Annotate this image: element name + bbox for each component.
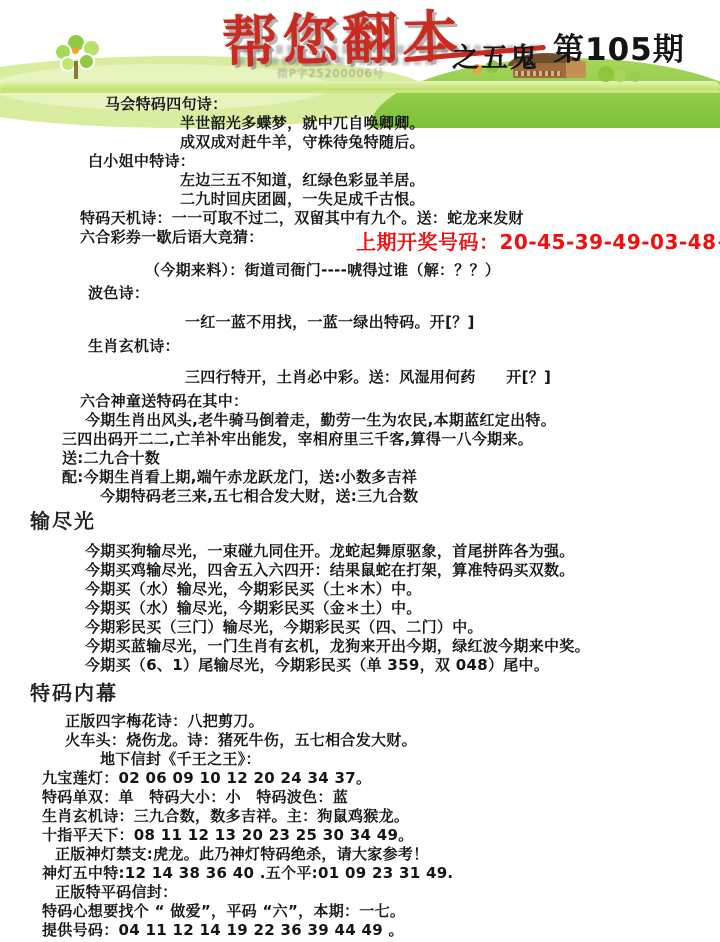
grass-edge-line bbox=[0, 90, 720, 93]
text-line: 今期特码老三来,五七相合发大财，送:三九合数 bbox=[0, 487, 720, 506]
bush-icon bbox=[614, 70, 626, 82]
title-suffix: 之五鬼 bbox=[452, 36, 539, 75]
text-line: 今期彩民买（三门）输尽光，今期彩民买（四、二门）中。 bbox=[0, 618, 720, 637]
text-line: 今期生肖出风头,老牛骑马倒着走，勤劳一生为农民,本期蓝红定出特。 bbox=[0, 411, 720, 430]
section-shujinguang: 输尽光 今期买狗输尽光，一束碰九同住开。龙蛇起舞原驱象，首尾拼阵各为强。今期买鸡… bbox=[0, 508, 720, 675]
section-temaneimu: 特码内幕 正版四字梅花诗：八把剪刀。火车头：烧伤龙。诗：猪死牛伤，五七相合发大财… bbox=[0, 680, 720, 940]
text-line: 今期买狗输尽光，一束碰九同住开。龙蛇起舞原驱象，首尾拼阵各为强。 bbox=[0, 542, 720, 561]
text-line: 白小姐中特诗： bbox=[0, 152, 720, 171]
text-line: （今期来料）：街道司衙门----唬得过谁（解：？？） bbox=[0, 261, 720, 280]
text-line: 火车头：烧伤龙。诗：猪死牛伤，五七相合发大财。 bbox=[0, 731, 720, 750]
text-line: 今期买（水）输尽光，今期彩民买（土＊木）中。 bbox=[0, 580, 720, 599]
issue-number: 第105期 bbox=[553, 24, 685, 69]
section-poems: 马会特码四句诗：半世韶光多蝶梦，就中兀自唤卿卿。成双成对赶牛羊，守株待兔特随后。… bbox=[0, 95, 720, 506]
text-line: 今期买（水）输尽光，今期彩民买（金＊土）中。 bbox=[0, 599, 720, 618]
text-line: 今期买蓝输尽光，一门生肖有玄机，龙狗来开出今期，绿红波今期来中奖。 bbox=[0, 637, 720, 656]
text-line: 生肖玄机诗： bbox=[0, 337, 720, 356]
watermark-text: 微P字25200006号 bbox=[277, 65, 385, 81]
text-line: 特码天机诗：一一可取不过二，双留其中有九个。送：蛇龙来发财 bbox=[0, 209, 720, 228]
tree-icon bbox=[52, 33, 112, 83]
text-line: 十指平天下：08 11 12 13 20 23 25 30 34 49。 bbox=[0, 826, 720, 845]
text-line: 正版神灯禁支:虎龙。此乃神灯特码绝杀，请大家参考！ bbox=[0, 845, 720, 864]
text-line: 波色诗： bbox=[0, 284, 720, 303]
text-line: 生肖玄机诗：三九合数，数多吉祥。主：狗鼠鸡猴龙。 bbox=[0, 807, 720, 826]
text-line: 特码心想要找个 “ 做爱”，平码 “六”，本期：一七。 bbox=[0, 902, 720, 921]
section-heading-shujinguang: 输尽光 bbox=[30, 508, 720, 534]
tree-trunk bbox=[74, 61, 78, 79]
text-line: 今期买（6、1）尾输尽光，今期彩民买（单 359，双 048）尾中。 bbox=[0, 656, 720, 675]
text-line: 半世韶光多蝶梦，就中兀自唤卿卿。 bbox=[0, 114, 720, 133]
text-line: 神灯五中特:12 14 38 36 40 .五个平:01 09 23 31 49… bbox=[0, 864, 720, 883]
text-line: 地下信封《千王之王》： bbox=[0, 750, 720, 769]
text-line: 正版四字梅花诗：八把剪刀。 bbox=[0, 712, 720, 731]
text-line: 送:二九合十数 bbox=[0, 449, 720, 468]
lottery-tip-sheet: 帮您翻本 之五鬼 第105期 微P字25200006号 上期开奖号码：20-45… bbox=[0, 0, 720, 942]
section-heading-temaneimu: 特码内幕 bbox=[30, 680, 720, 706]
text-line: 提供号码：04 11 12 14 19 22 36 39 44 49 。 bbox=[0, 921, 720, 940]
text-line: 正版特平码信封： bbox=[0, 883, 720, 902]
masthead: 帮您翻本 之五鬼 第105期 微P字25200006号 bbox=[0, 0, 720, 95]
text-line: 九宝莲灯：02 06 09 10 12 20 24 34 37。 bbox=[0, 769, 720, 788]
text-line: 三四行特开，土肖必中彩。送：风湿用何药 开[？] bbox=[0, 368, 720, 387]
bush-icon bbox=[630, 72, 640, 82]
section-lines: 马会特码四句诗：半世韶光多蝶梦，就中兀自唤卿卿。成双成对赶牛羊，守株待兔特随后。… bbox=[0, 95, 720, 506]
text-line: 左边三五不知道，红绿色彩显羊居。 bbox=[0, 171, 720, 190]
tree-flower-dot bbox=[72, 47, 79, 54]
text-line: 二九时回庆团圆，一失足成千古恨。 bbox=[0, 190, 720, 209]
text-line: 六合彩券一歇后语大竞猜： bbox=[0, 228, 720, 247]
text-line: 三四出码开二二,亡羊补牢出能发，宰相府里三千客,算得一八今期来。 bbox=[0, 430, 720, 449]
text-line: 今期买鸡输尽光，四舍五入六四开：结果鼠蛇在打架，算准特码买双数。 bbox=[0, 561, 720, 580]
text-line: 配:今期生肖看上期,端午赤龙跃龙门，送:小数多吉祥 bbox=[0, 468, 720, 487]
text-line: 马会特码四句诗： bbox=[0, 95, 720, 114]
tree-leaf bbox=[78, 53, 95, 70]
text-line: 六合神童送特码在其中： bbox=[0, 392, 720, 411]
text-line: 成双成对赶牛羊，守株待兔特随后。 bbox=[0, 133, 720, 152]
section-lines: 今期买狗输尽光，一束碰九同住开。龙蛇起舞原驱象，首尾拼阵各为强。今期买鸡输尽光，… bbox=[0, 542, 720, 675]
text-line: 一红一蓝不用找，一蓝一绿出特码。开[？] bbox=[0, 313, 720, 332]
section-lines: 正版四字梅花诗：八把剪刀。火车头：烧伤龙。诗：猪死牛伤，五七相合发大财。地下信封… bbox=[0, 712, 720, 940]
text-line: 特码单双：单 特码大小：小 特码波色：蓝 bbox=[0, 788, 720, 807]
